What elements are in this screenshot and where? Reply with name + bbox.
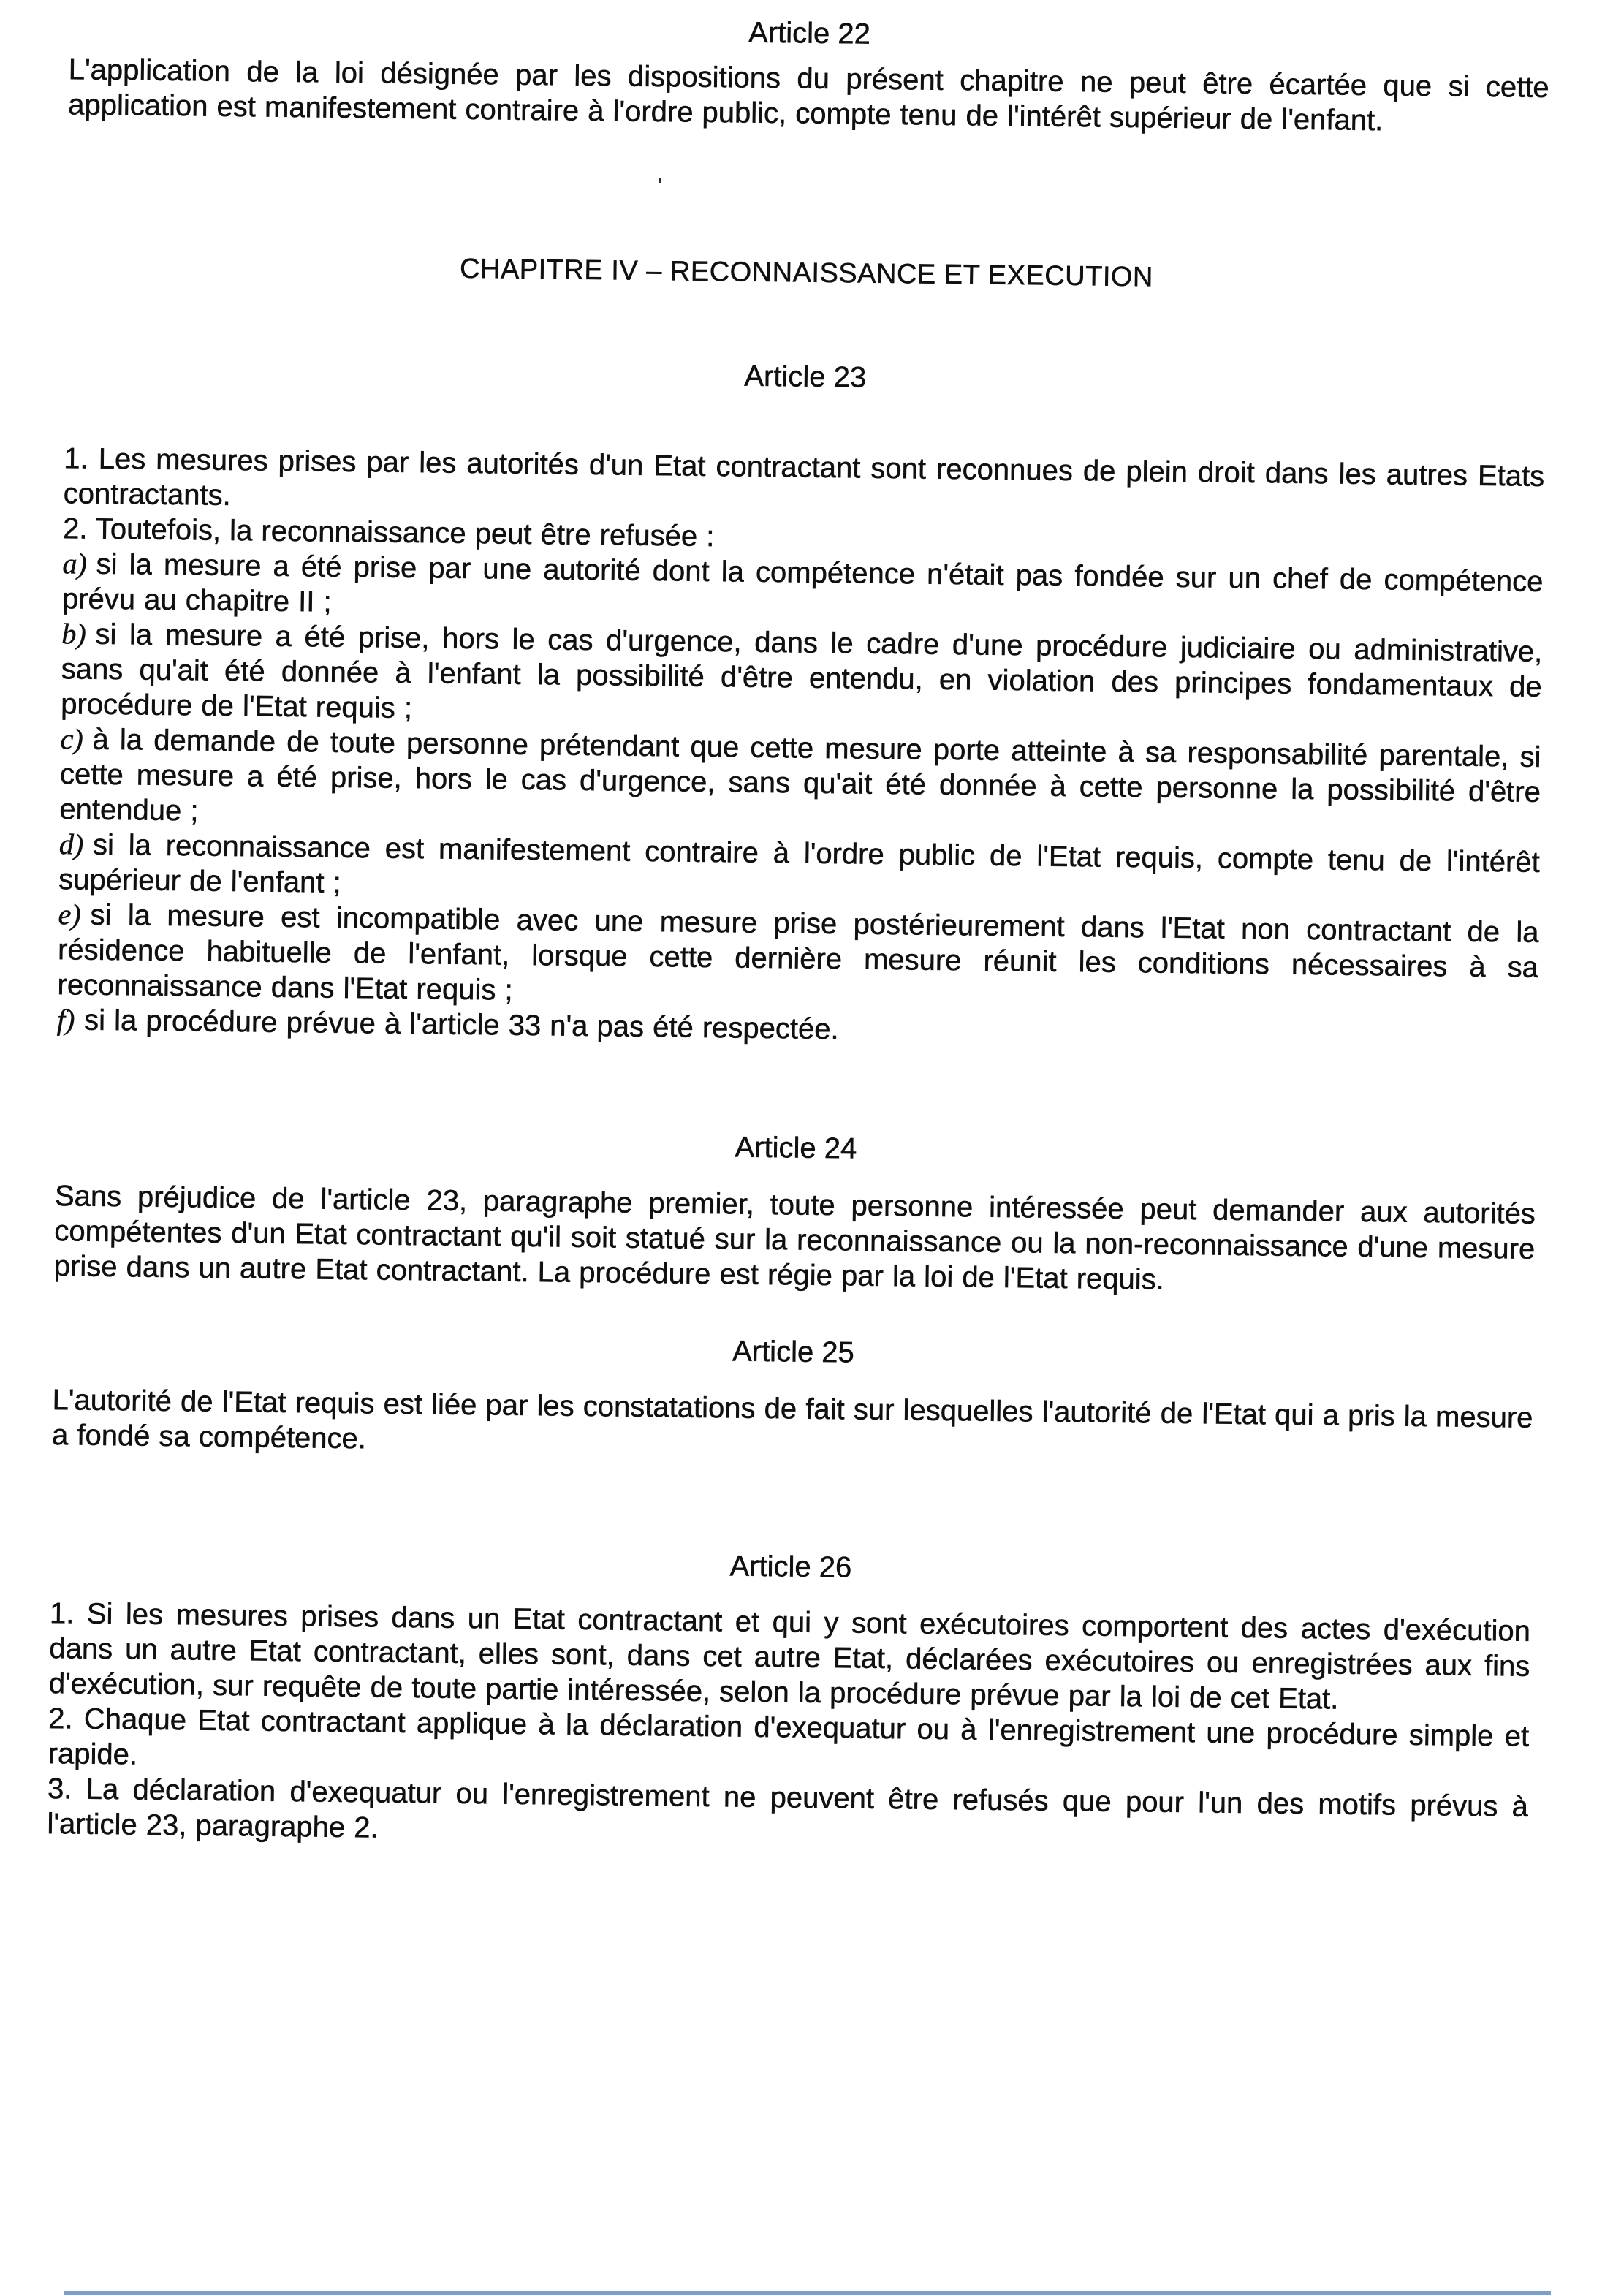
article-26-paragraph-1: 1. Si les mesures prises dans un Etat co…: [49, 1596, 1531, 1719]
item-marker-b: b): [61, 617, 86, 650]
article-23-heading: Article 23: [65, 350, 1546, 403]
scanned-document-page: Article 22 L'application de la loi désig…: [0, 0, 1613, 2296]
article-25-paragraph: L'autorité de l'Etat requis est liée par…: [52, 1382, 1533, 1471]
article-23-item-b: b)si la mesure a été prise, hors le cas …: [61, 616, 1543, 740]
item-marker-a: a): [62, 547, 87, 580]
item-text-b: si la mesure a été prise, hors le cas d'…: [61, 618, 1543, 724]
article-22-paragraph: L'application de la loi désignée par les…: [68, 52, 1549, 140]
item-marker-e: e): [58, 898, 81, 931]
item-marker-f: f): [57, 1003, 75, 1036]
item-text-f: si la procédure prévue à l'article 33 n'…: [84, 1004, 839, 1046]
chapter-4-heading: CHAPITRE IV – RECONNAISSANCE ET EXECUTIO…: [66, 246, 1546, 300]
item-marker-c: c): [60, 722, 83, 755]
article-24-paragraph: Sans préjudice de l'article 23, paragrap…: [54, 1178, 1536, 1302]
item-text-e: si la mesure est incompatible avec une m…: [57, 899, 1539, 1007]
article-25-heading: Article 25: [53, 1325, 1533, 1379]
article-26-body: 1. Si les mesures prises dans un Etat co…: [47, 1596, 1530, 1860]
article-23-item-c: c)à la demande de toute personne prétend…: [59, 721, 1541, 845]
article-23-body: 1. Les mesures prises par les autorités …: [57, 441, 1545, 1056]
article-22-heading: Article 22: [69, 7, 1549, 60]
document-content: Article 22 L'application de la loi désig…: [47, 0, 1550, 1860]
bottom-scan-line: [64, 2291, 1551, 2295]
article-23-item-e: e)si la mesure est incompatible avec une…: [57, 897, 1539, 1020]
scan-artifact-mark: ': [658, 174, 662, 199]
item-marker-d: d): [59, 827, 84, 860]
article-26-heading: Article 26: [50, 1540, 1531, 1594]
item-text-c: à la demande de toute personne prétendan…: [59, 724, 1541, 827]
article-24-heading: Article 24: [56, 1121, 1536, 1175]
